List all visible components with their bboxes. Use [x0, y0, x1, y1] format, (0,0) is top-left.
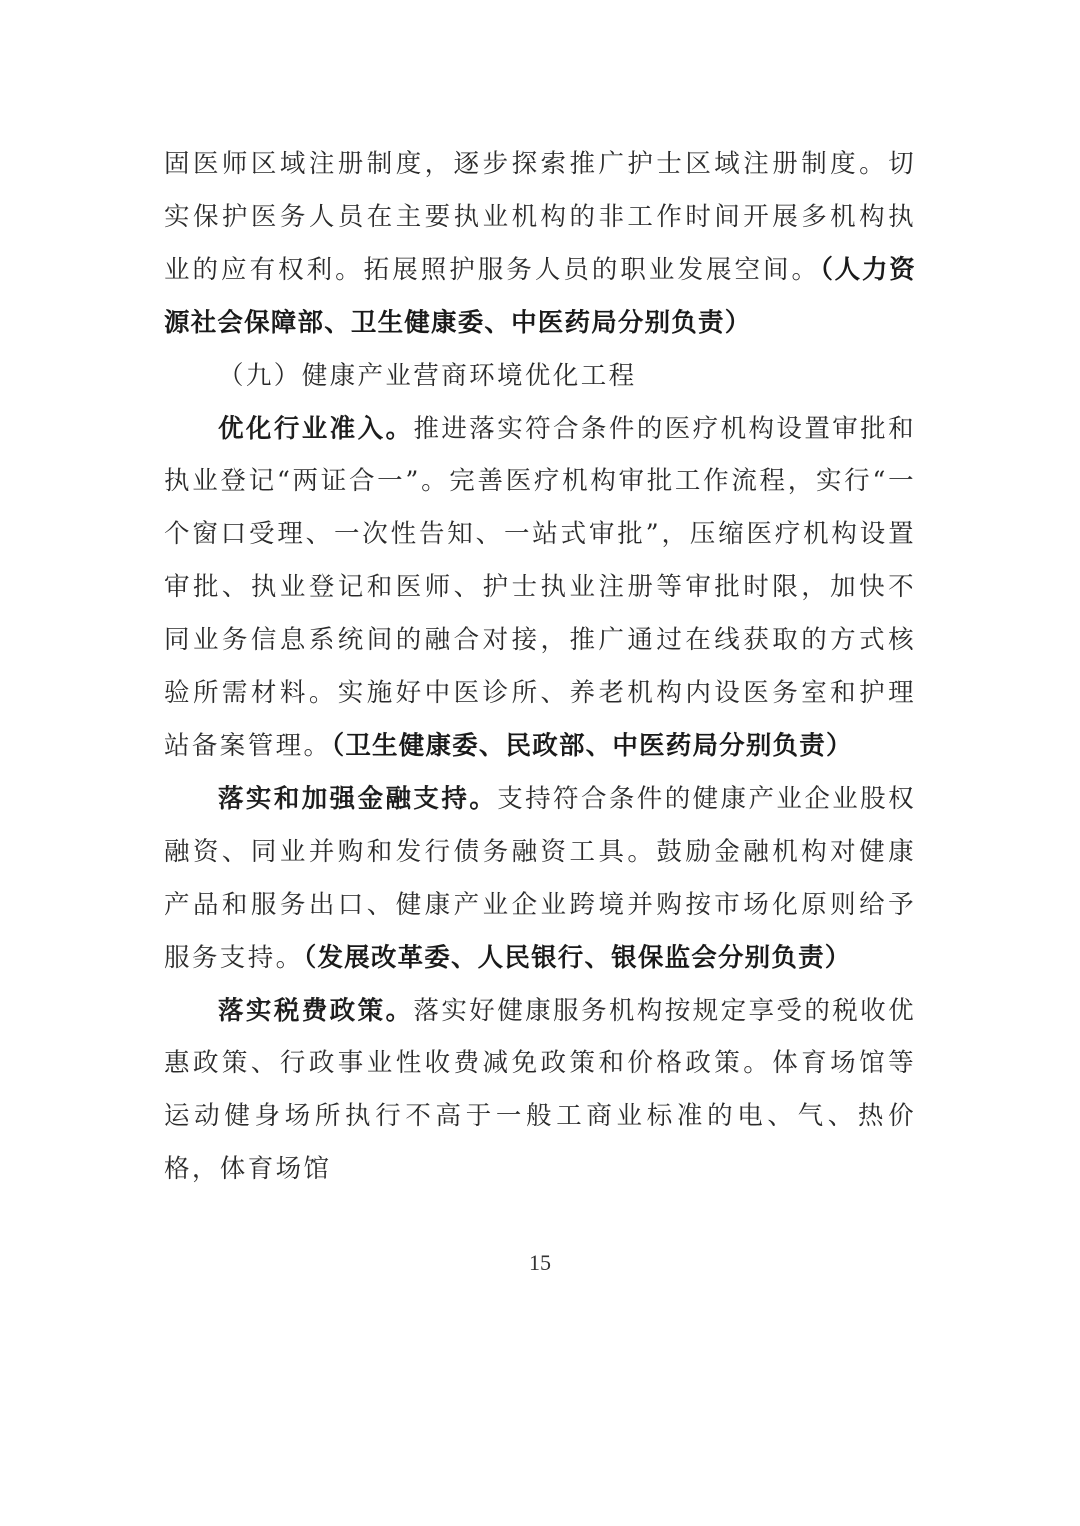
- paragraph-continuation: 固医师区域注册制度，逐步探索推广护士区域注册制度。切实保护医务人员在主要执业机构…: [164, 138, 916, 350]
- paragraph-lead-title: 优化行业准入。: [218, 414, 413, 444]
- page-number: 15: [0, 1250, 1080, 1276]
- document-page: 固医师区域注册制度，逐步探索推广护士区域注册制度。切实保护医务人员在主要执业机构…: [164, 138, 916, 1196]
- paragraph-body: 推进落实符合条件的医疗机构设置审批和执业登记“两证合一”。完善医疗机构审批工作流…: [164, 414, 916, 761]
- paragraph-financial-support: 落实和加强金融支持。支持符合条件的健康产业企业股权融资、同业并购和发行债务融资工…: [164, 773, 916, 985]
- responsible-departments: （发展改革委、人民银行、银保监会分别负责）: [304, 943, 852, 973]
- paragraph-lead-title: 落实税费政策。: [218, 996, 413, 1026]
- section-heading: （九）健康产业营商环境优化工程: [164, 350, 916, 403]
- paragraph-lead-title: 落实和加强金融支持。: [218, 784, 497, 814]
- responsible-departments: （卫生健康委、民政部、中医药局分别负责）: [331, 731, 852, 761]
- paragraph-industry-access: 优化行业准入。推进落实符合条件的医疗机构设置审批和执业登记“两证合一”。完善医疗…: [164, 403, 916, 773]
- paragraph-tax-policy: 落实税费政策。落实好健康服务机构按规定享受的税收优惠政策、行政事业性收费减免政策…: [164, 985, 916, 1197]
- paragraph-body: 固医师区域注册制度，逐步探索推广护士区域注册制度。切实保护医务人员在主要执业机构…: [164, 149, 916, 285]
